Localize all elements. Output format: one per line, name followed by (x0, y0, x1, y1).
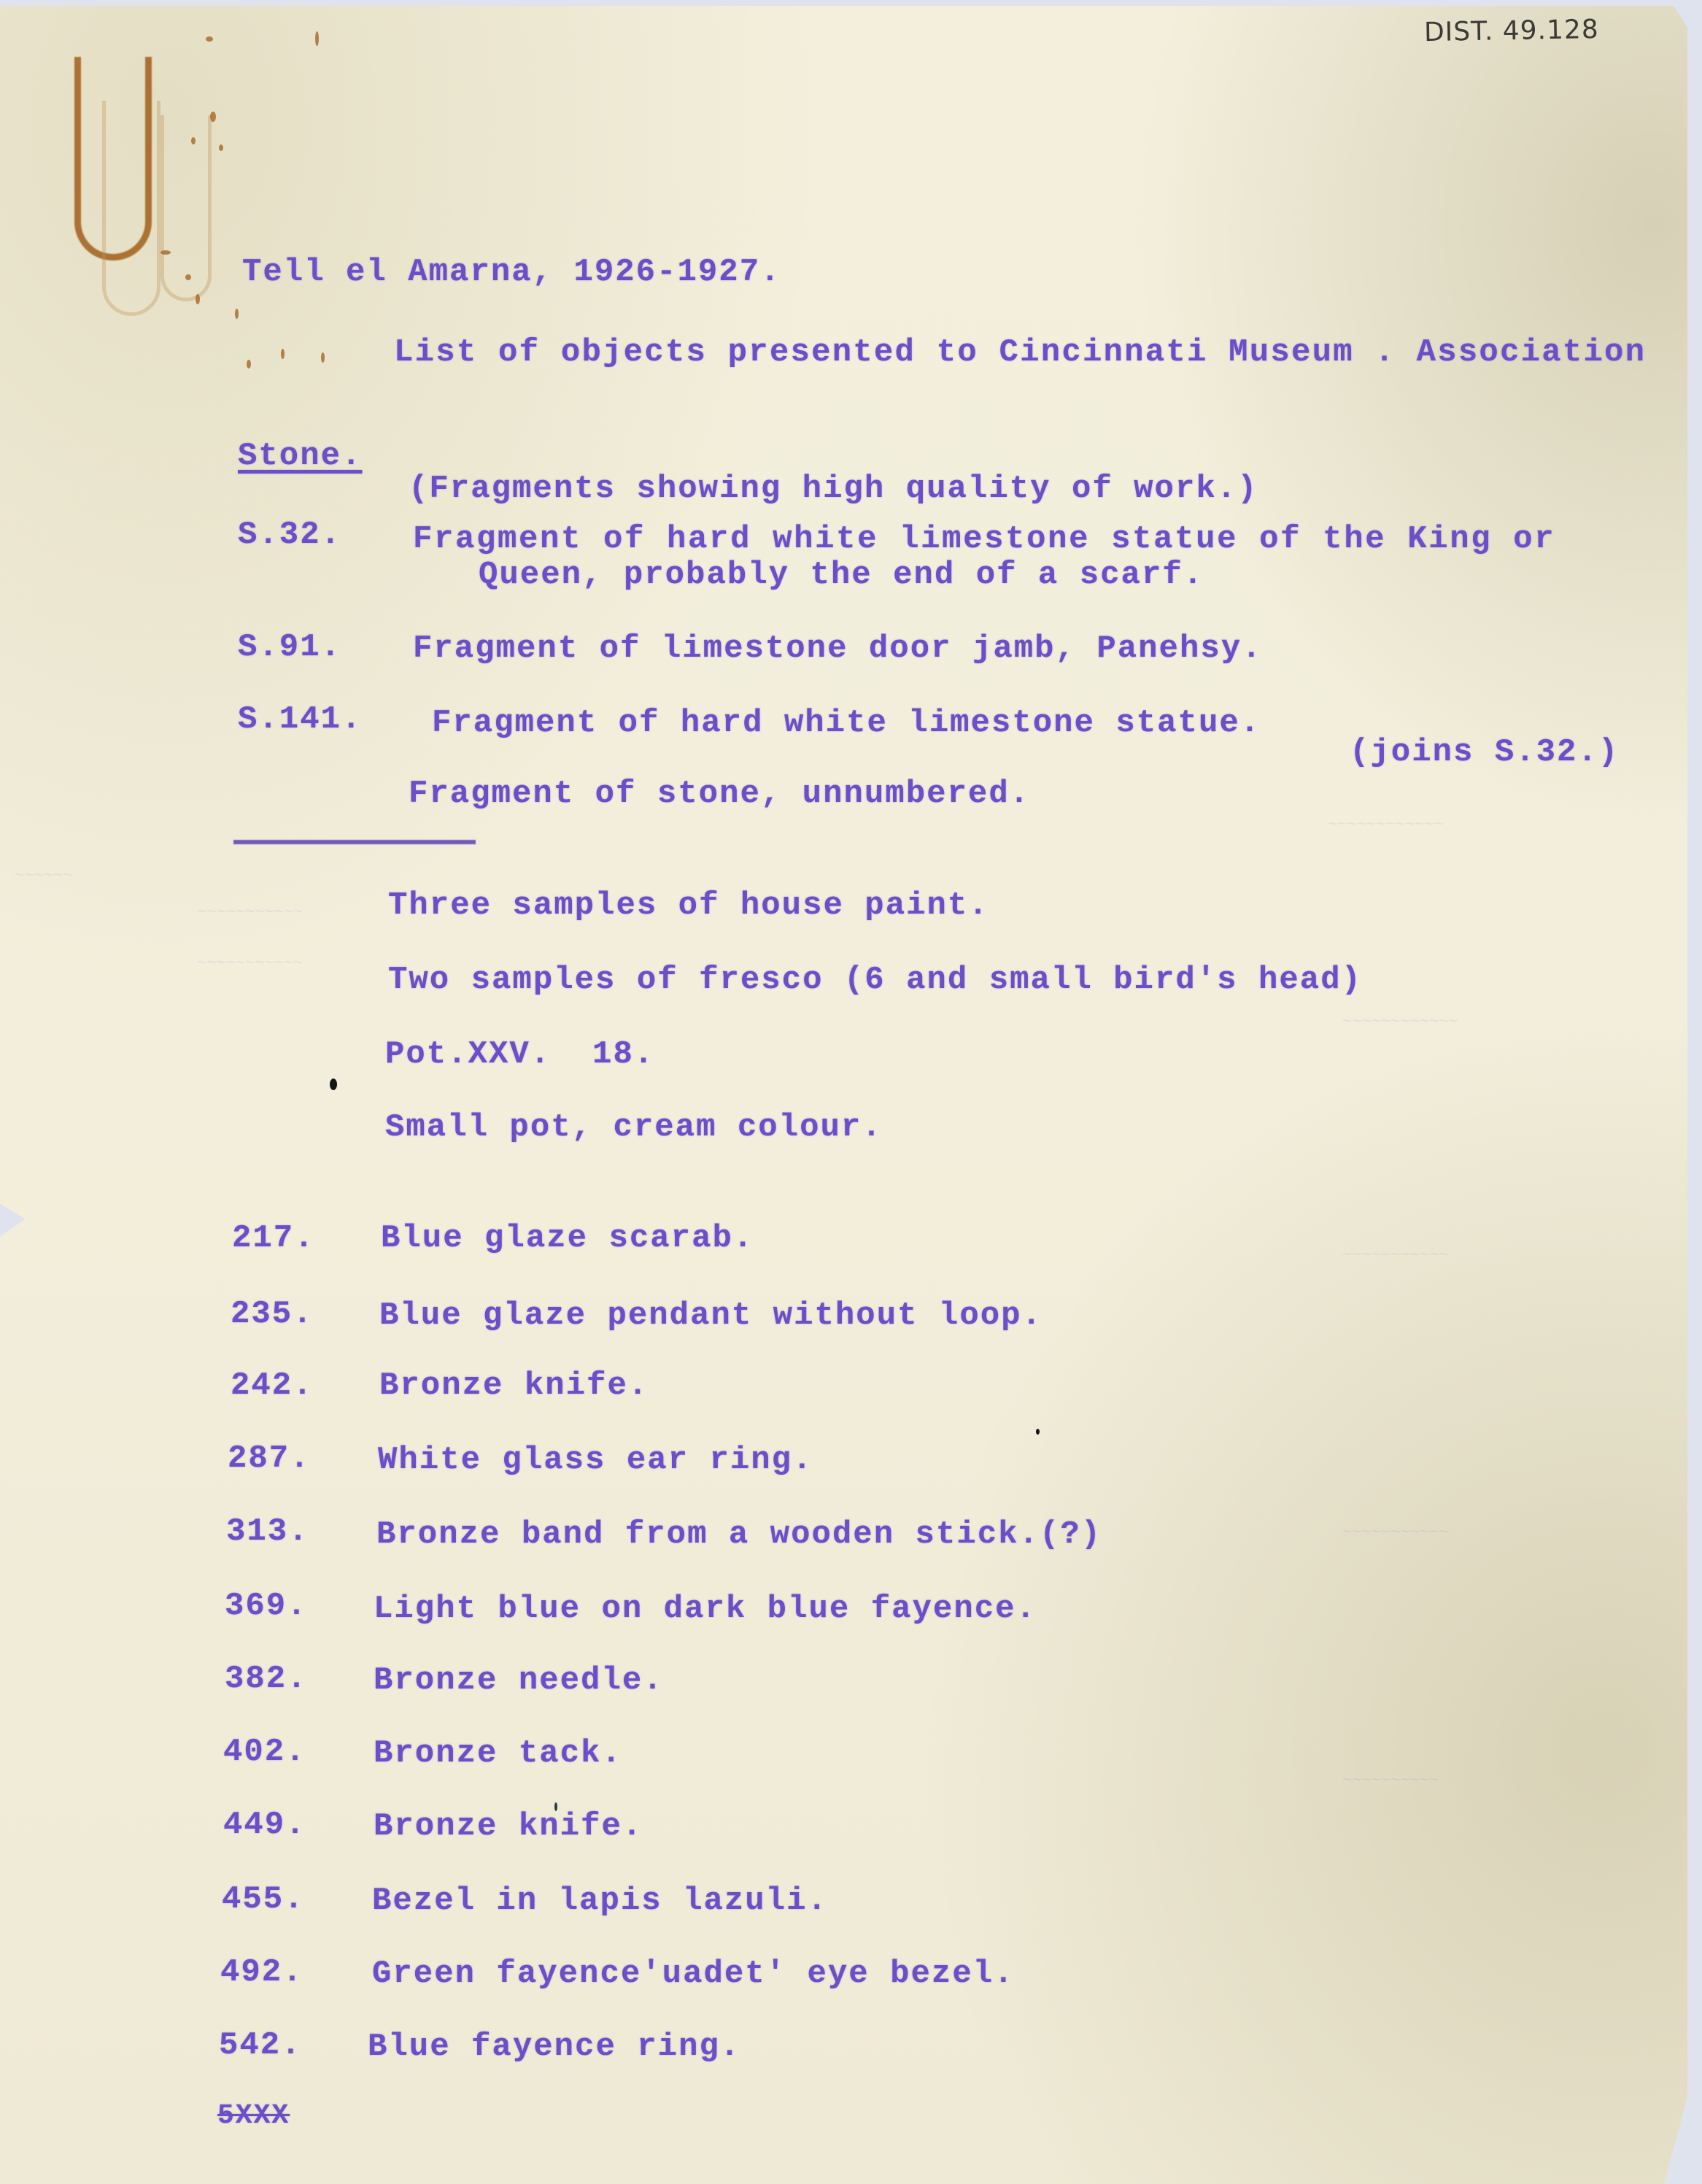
item-number: S.141. (238, 701, 362, 738)
item-number: 382. (225, 1661, 308, 1697)
item-description: Blue glaze pendant without loop. (379, 1297, 1043, 1334)
rust-staple-ghost (160, 115, 212, 301)
rust-spot (247, 360, 251, 368)
item-number: 369. (225, 1588, 308, 1624)
rust-spot (160, 250, 171, 255)
document-subtitle: List of objects presented to Cincinnati … (394, 334, 1646, 371)
rust-staple-ghost (102, 101, 160, 316)
rust-spot (235, 309, 239, 319)
misc-item: Pot.XXV. 18. (385, 1036, 654, 1073)
item-number: S.91. (238, 629, 341, 665)
rust-spot (196, 294, 200, 304)
rust-spot (281, 349, 285, 359)
rust-spot (185, 274, 191, 280)
item-number: 235. (231, 1296, 314, 1332)
rust-spot (219, 144, 223, 151)
item-description: Fragment of limestone door jamb, Panehsy… (413, 630, 1263, 667)
reverse-side-bleed: ~~~~~~~~~~~~ (1342, 1013, 1458, 1031)
accession-number: DIST. 49.128 (1424, 15, 1599, 47)
rust-spot (210, 112, 216, 122)
item-description-cont: Queen, probably the end of a scarf. (479, 557, 1204, 593)
misc-item: Small pot, cream colour. (385, 1109, 883, 1146)
ink-speck (1036, 1429, 1040, 1435)
pencil-correction-mark (554, 1802, 557, 1811)
item-description: Fragment of hard white limestone statue. (432, 705, 1261, 741)
item-number: 242. (231, 1367, 314, 1404)
item-number: 455. (222, 1881, 305, 1918)
reverse-side-bleed: ~~~~~~~~~~~ (1342, 1524, 1448, 1542)
item-description: Bronze needle. (374, 1662, 664, 1699)
item-description: Bronze band from a wooden stick.(?) (376, 1516, 1102, 1553)
item-number: 402. (223, 1734, 306, 1770)
item-number: 449. (223, 1807, 306, 1843)
item-description: Bronze knife. (374, 1808, 643, 1845)
section-note: (Fragments showing high quality of work.… (409, 471, 1258, 507)
rust-spot (315, 31, 319, 46)
item-description: Blue glaze scarab. (381, 1220, 754, 1257)
item-description: Fragment of stone, unnumbered. (409, 776, 1030, 812)
reverse-side-bleed: ~~~~~~ (15, 867, 72, 885)
item-description: Fragment of hard white limestone statue … (413, 521, 1555, 557)
item-number: 287. (228, 1440, 311, 1477)
document-page: DIST. 49.128 Tell el Amarna, 1926-1927. … (0, 6, 1687, 2184)
document-heading: Tell el Amarna, 1926-1927. (242, 254, 781, 290)
item-description: Green fayence'uadet' eye bezel. (372, 1956, 1015, 1992)
reverse-side-bleed: ~~~~~~~~~~~ (1342, 1246, 1448, 1265)
item-description: Bronze tack. (374, 1735, 622, 1772)
item-number: 492. (220, 1954, 303, 1991)
rust-spot (321, 352, 325, 363)
item-number: 217. (232, 1220, 315, 1257)
item-description: Bronze knife. (379, 1367, 649, 1404)
misc-item: Three samples of house paint. (388, 887, 989, 924)
item-number: S.32. (238, 517, 341, 553)
item-description: Light blue on dark blue fayence. (374, 1591, 1037, 1627)
item-description: Blue fayence ring. (368, 2029, 740, 2065)
item-number: 313. (226, 1513, 309, 1550)
reverse-side-bleed: ~~~~~~~~~~~ (197, 954, 303, 973)
struck-out-text: 5XXX (217, 2100, 290, 2131)
rust-spot (206, 36, 213, 42)
item-description: Bezel in lapis lazuli. (372, 1883, 828, 1919)
misc-item: Two samples of fresco (6 and small bird'… (388, 962, 1362, 998)
rust-spot (191, 137, 196, 144)
ink-speck (330, 1079, 337, 1090)
section-divider (233, 840, 476, 844)
reverse-side-bleed: ~~~~~~~~~~ (1342, 1772, 1439, 1790)
reverse-side-bleed: ~~~~~~~~~~~~ (1328, 816, 1443, 834)
item-aside: (joins S.32.) (1350, 734, 1619, 771)
reverse-side-bleed: ~~~~~~~~~~~ (197, 903, 303, 922)
section-title-stone: Stone. (238, 438, 362, 474)
item-description: White glass ear ring. (378, 1442, 813, 1478)
item-number: 542. (219, 2027, 302, 2064)
